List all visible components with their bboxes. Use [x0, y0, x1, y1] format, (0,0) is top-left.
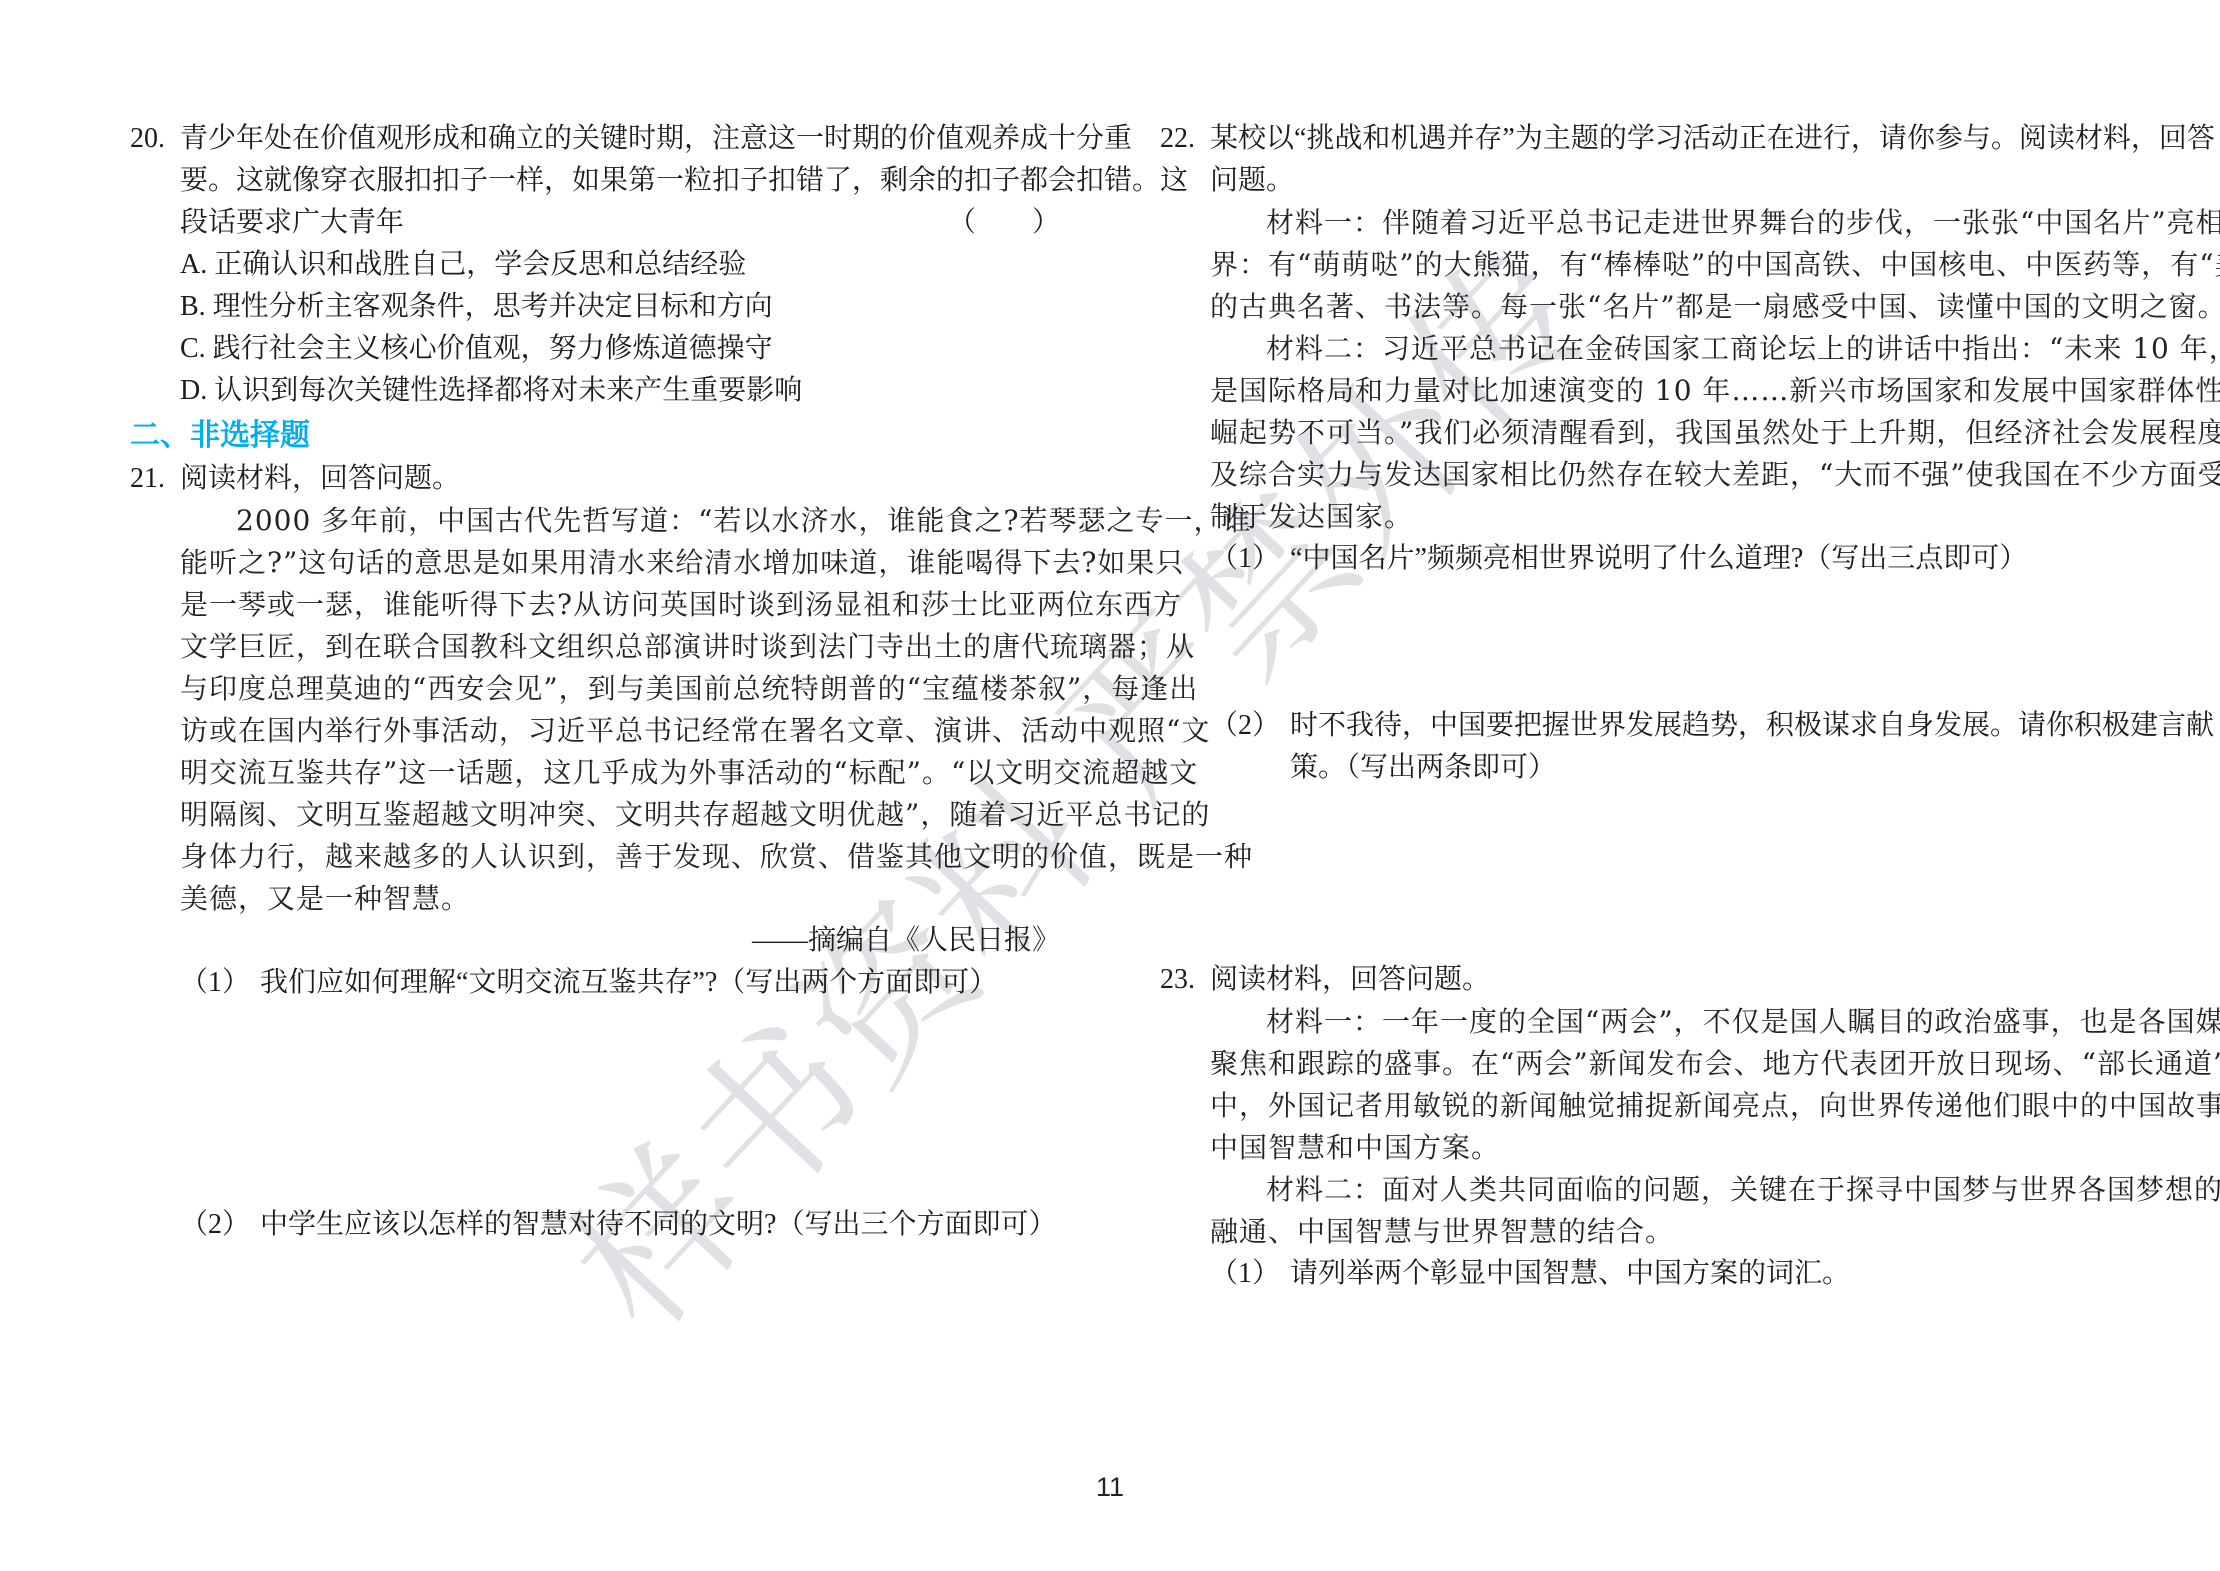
text-line: 融通、中国智慧与世界智慧的结合。 [1210, 1211, 2090, 1253]
text-line: 崛起势不可当。”我们必须清醒看到，我国虽然处于上升期，但经济社会发展程度 [1210, 412, 2090, 454]
text-line: 时不我待，中国要把握世界发展趋势，积极谋求自身发展。请你积极建言献 [1290, 705, 2090, 747]
sub2-marker: （2） [180, 1204, 250, 1246]
text-line: 明隔阂、文明互鉴超越文明冲突、文明共存超越文明优越”，随着习近平总书记的 [180, 794, 1060, 836]
text-line: 策。（写出两条即可） [1290, 747, 2090, 789]
content-columns: 20. 青少年处在价值观形成和确立的关键时期，注意这一时期的价值观养成十分重要。… [130, 118, 2090, 1295]
text-line: 中，外国记者用敏锐的新闻触觉捕捉新闻亮点，向世界传递他们眼中的中国故事、 [1210, 1085, 2090, 1127]
question-23-material-1: 材料一：一年一度的全国“两会”，不仅是国人瞩目的政治盛事，也是各国媒体聚焦和跟踪… [1210, 1001, 2090, 1169]
page-number: 11 [0, 1472, 2220, 1503]
text-line: 及综合实力与发达国家相比仍然存在较大差距，“大而不强”使我国在不少方面受 [1210, 454, 2090, 496]
section-header-non-choice: 二、非选择题 [130, 414, 1060, 458]
sub1-text: “中国名片”频频亮相世界说明了什么道理?（写出三点即可） [1290, 538, 2090, 580]
question-21-sub2: （2） 中学生应该以怎样的智慧对待不同的文明?（写出三个方面即可） [180, 1204, 1060, 1246]
question-22: 22. 某校以“挑战和机遇并存”为主题的学习活动正在进行，请你参与。阅读材料，回… [1160, 118, 2090, 789]
text-line: 问题。 [1210, 160, 2090, 202]
text-line: 美德，又是一种智慧。 [180, 878, 1060, 920]
left-column: 20. 青少年处在价值观形成和确立的关键时期，注意这一时期的价值观养成十分重要。… [130, 118, 1060, 1295]
text-line: 材料二：面对人类共同面临的问题，关键在于探寻中国梦与世界各国梦想的 [1210, 1169, 2090, 1211]
question-20-options: A. 正确认识和战胜自己，学会反思和总结经验B. 理性分析主客观条件，思考并决定… [180, 244, 1060, 412]
text-line: 要。这就像穿衣服扣扣子一样，如果第一粒扣子扣错了，剩余的扣子都会扣错。这 [180, 160, 1060, 202]
text-line: C. 践行社会主义核心价值观，努力修炼道德操守 [180, 328, 1060, 370]
question-20-stem-text: 段话要求广大青年 [180, 202, 404, 244]
question-22-sub1: （1） “中国名片”频频亮相世界说明了什么道理?（写出三点即可） [1210, 538, 2090, 580]
text-line: 身体力行，越来越多的人认识到，善于发现、欣赏、借鉴其他文明的价值，既是一种 [180, 836, 1060, 878]
text-line: D. 认识到每次关键性选择都将对未来产生重要影响 [180, 370, 1060, 412]
text-line: 界：有“萌萌哒”的大熊猫，有“棒棒哒”的中国高铁、中国核电、中医药等，有“美美哒… [1210, 244, 2090, 286]
question-21-number: 21. [130, 458, 180, 1246]
question-23-body: 阅读材料，回答问题。 材料一：一年一度的全国“两会”，不仅是国人瞩目的政治盛事，… [1210, 959, 2090, 1295]
question-21-attribution: ——摘编自《人民日报》 [180, 920, 1060, 962]
text-line: 文学巨匠，到在联合国教科文组织总部演讲时谈到法门寺出土的唐代琉璃器；从 [180, 626, 1060, 668]
text-line: 2000 多年前，中国古代先哲写道：“若以水济水，谁能食之?若琴瑟之专一，谁 [180, 500, 1060, 542]
sub2-marker: （2） [1210, 705, 1280, 789]
text-line: 青少年处在价值观形成和确立的关键时期，注意这一时期的价值观养成十分重 [180, 118, 1060, 160]
text-line: 中国智慧和中国方案。 [1210, 1127, 2090, 1169]
question-21-sub1: （1） 我们应如何理解“文明交流互鉴共存”?（写出两个方面即可） [180, 962, 1060, 1004]
question-20-stem: 青少年处在价值观形成和确立的关键时期，注意这一时期的价值观养成十分重要。这就像穿… [180, 118, 1060, 202]
right-column: 22. 某校以“挑战和机遇并存”为主题的学习活动正在进行，请你参与。阅读材料，回… [1160, 118, 2090, 1295]
question-22-stem: 某校以“挑战和机遇并存”为主题的学习活动正在进行，请你参与。阅读材料，回答问题。 [1210, 118, 2090, 202]
text-line: 访或在国内举行外事活动，习近平总书记经常在署名文章、演讲、活动中观照“文 [180, 710, 1060, 752]
text-line: A. 正确认识和战胜自己，学会反思和总结经验 [180, 244, 1060, 286]
question-21-intro: 阅读材料，回答问题。 [180, 458, 1060, 500]
sub1-text: 请列举两个彰显中国智慧、中国方案的词汇。 [1290, 1253, 2090, 1295]
sub1-marker: （1） [180, 962, 250, 1004]
question-21: 21. 阅读材料，回答问题。 2000 多年前，中国古代先哲写道：“若以水济水，… [130, 458, 1060, 1246]
text-line: 的古典名著、书法等。每一张“名片”都是一扇感受中国、读懂中国的文明之窗。 [1210, 286, 2090, 328]
text-line: B. 理性分析主客观条件，思考并决定目标和方向 [180, 286, 1060, 328]
text-line: 制于发达国家。 [1210, 496, 2090, 538]
text-line: 请列举两个彰显中国智慧、中国方案的词汇。 [1290, 1253, 2090, 1295]
text-line: 中学生应该以怎样的智慧对待不同的文明?（写出三个方面即可） [260, 1204, 1060, 1246]
sub1-marker: （1） [1210, 538, 1280, 580]
text-line: 材料二：习近平总书记在金砖国家工商论坛上的讲话中指出：“未来 10 年，将 [1210, 328, 2090, 370]
question-23-number: 23. [1160, 959, 1210, 1295]
question-22-material-2: 材料二：习近平总书记在金砖国家工商论坛上的讲话中指出：“未来 10 年，将是国际… [1210, 328, 2090, 538]
question-23-sub1: （1） 请列举两个彰显中国智慧、中国方案的词汇。 [1210, 1253, 2090, 1295]
text-line: 材料一：伴随着习近平总书记走进世界舞台的步伐，一张张“中国名片”亮相世 [1210, 202, 2090, 244]
answer-bracket: （ ） [948, 202, 1060, 244]
question-22-number: 22. [1160, 118, 1210, 789]
question-20-body: 青少年处在价值观形成和确立的关键时期，注意这一时期的价值观养成十分重要。这就像穿… [180, 118, 1060, 412]
text-line: 是一琴或一瑟，谁能听得下去?从访问英国时谈到汤显祖和莎士比亚两位东西方 [180, 584, 1060, 626]
text-line: 我们应如何理解“文明交流互鉴共存”?（写出两个方面即可） [260, 962, 1060, 1004]
sub1-text: 我们应如何理解“文明交流互鉴共存”?（写出两个方面即可） [260, 962, 1060, 1004]
sub2-text: 中学生应该以怎样的智慧对待不同的文明?（写出三个方面即可） [260, 1204, 1060, 1246]
exam-page: 样书资料 严禁外传 20. 青少年处在价值观形成和确立的关键时期，注意这一时期的… [0, 0, 2220, 1571]
text-line: 与印度总理莫迪的“西安会见”，到与美国前总统特朗普的“宝蕴楼茶叙”，每逢出 [180, 668, 1060, 710]
text-line: 聚焦和跟踪的盛事。在“两会”新闻发布会、地方代表团开放日现场、“部长通道” [1210, 1043, 2090, 1085]
sub1-marker: （1） [1210, 1253, 1280, 1295]
text-line: “中国名片”频频亮相世界说明了什么道理?（写出三点即可） [1290, 538, 2090, 580]
question-22-material-1: 材料一：伴随着习近平总书记走进世界舞台的步伐，一张张“中国名片”亮相世界：有“萌… [1210, 202, 2090, 328]
text-line: 是国际格局和力量对比加速演变的 10 年……新兴市场国家和发展中国家群体性 [1210, 370, 2090, 412]
text-line: 能听之?”这句话的意思是如果用清水来给清水增加味道，谁能喝得下去?如果只 [180, 542, 1060, 584]
question-22-sub2: （2） 时不我待，中国要把握世界发展趋势，积极谋求自身发展。请你积极建言献策。（… [1210, 705, 2090, 789]
question-21-body: 阅读材料，回答问题。 2000 多年前，中国古代先哲写道：“若以水济水，谁能食之… [180, 458, 1060, 1246]
text-line: 明交流互鉴共存”这一话题，这几乎成为外事活动的“标配”。“以文明交流超越文 [180, 752, 1060, 794]
question-20: 20. 青少年处在价值观形成和确立的关键时期，注意这一时期的价值观养成十分重要。… [130, 118, 1060, 412]
question-23: 23. 阅读材料，回答问题。 材料一：一年一度的全国“两会”，不仅是国人瞩目的政… [1160, 959, 2090, 1295]
question-23-material-2: 材料二：面对人类共同面临的问题，关键在于探寻中国梦与世界各国梦想的融通、中国智慧… [1210, 1169, 2090, 1253]
question-20-number: 20. [130, 118, 180, 412]
text-line: 材料一：一年一度的全国“两会”，不仅是国人瞩目的政治盛事，也是各国媒体 [1210, 1001, 2090, 1043]
sub2-text: 时不我待，中国要把握世界发展趋势，积极谋求自身发展。请你积极建言献策。（写出两条… [1290, 705, 2090, 789]
question-22-body: 某校以“挑战和机遇并存”为主题的学习活动正在进行，请你参与。阅读材料，回答问题。… [1210, 118, 2090, 789]
question-23-intro: 阅读材料，回答问题。 [1210, 959, 2090, 1001]
question-20-stem-last-line: 段话要求广大青年 （ ） [180, 202, 1060, 244]
text-line: 某校以“挑战和机遇并存”为主题的学习活动正在进行，请你参与。阅读材料，回答 [1210, 118, 2090, 160]
question-21-material: 2000 多年前，中国古代先哲写道：“若以水济水，谁能食之?若琴瑟之专一，谁能听… [180, 500, 1060, 920]
